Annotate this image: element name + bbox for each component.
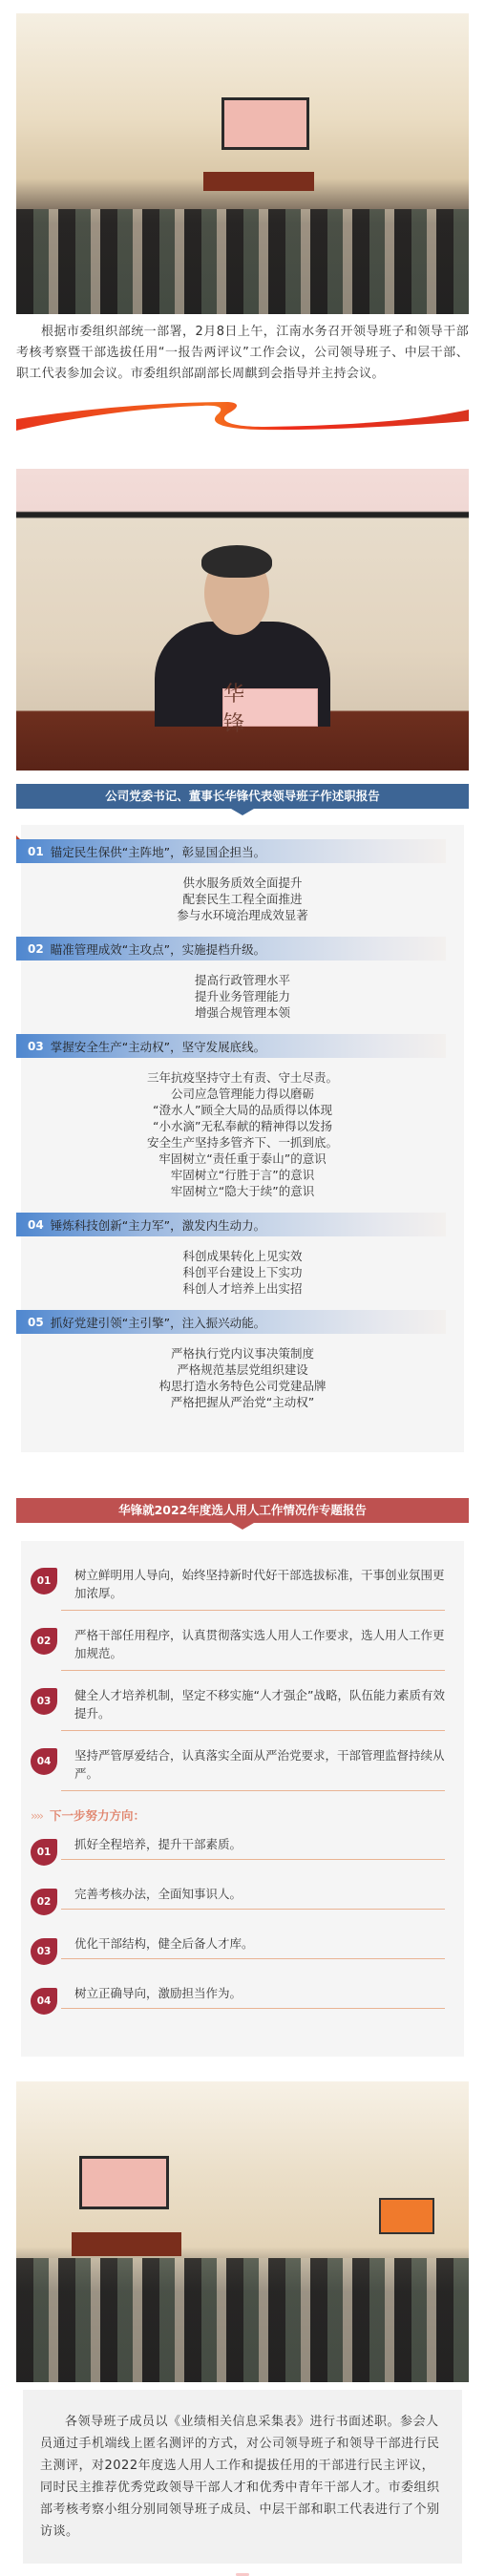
topic-line: 严格把握从严治党“主动权” bbox=[21, 1394, 464, 1410]
chevrons-icon: ›››› bbox=[31, 1808, 42, 1823]
topic-05: 05 抓好党建引领“主引擎”，注入振兴动能。 严格执行党内议事决策制度 严格规范… bbox=[21, 1310, 464, 1424]
topic-number: 04 bbox=[28, 1218, 44, 1232]
topic-line: 安全生产坚持多管齐下、一抓到底。 bbox=[21, 1134, 464, 1151]
topic-line: 提高行政管理水平 bbox=[21, 972, 464, 988]
topic-line: “小水滴”无私奉献的精神得以发扬 bbox=[21, 1118, 464, 1134]
topic-lines: 三年抗疫坚持守土有责、守土尽责。 公司应急管理能力得以磨砺 “澄水人”顾全大局的… bbox=[21, 1058, 464, 1213]
topic-lines: 严格执行党内议事决策制度 严格规范基层党组织建设 构思打造水务特色公司党建品牌 … bbox=[21, 1334, 464, 1424]
topic-number: 02 bbox=[28, 942, 44, 956]
topic-lines: 供水服务质效全面提升 配套民生工程全面推进 参与水环境治理成效显著 bbox=[21, 863, 464, 937]
item-text: 树立鲜明用人导向，始终坚持新时代好干部选拔标准，干事创业氛围更加浓厚。 bbox=[61, 1560, 445, 1611]
list-item: 01 树立鲜明用人导向，始终坚持新时代好干部选拔标准，干事创业氛围更加浓厚。 bbox=[21, 1552, 464, 1611]
topic-number: 05 bbox=[28, 1316, 44, 1329]
next-steps-title: 下一步努力方向： bbox=[50, 1806, 145, 1824]
topic-title: 锚定民生保供“主阵地”，彰显国企担当。 bbox=[51, 843, 265, 860]
next-steps-heading: ›››› 下一步努力方向： bbox=[31, 1806, 464, 1824]
item-text: 健全人才培养机制，坚定不移实施“人才强企”战略，队伍能力素质有效提升。 bbox=[61, 1680, 445, 1731]
topic-title: 抓好党建引领“主引擎”，注入振兴动能。 bbox=[51, 1314, 265, 1331]
list-item: 04 坚持严管厚爱结合，认真落实全面从严治党要求，干部管理监督持续从严。 bbox=[21, 1733, 464, 1791]
number-badge: 01 bbox=[31, 1568, 57, 1594]
corner-accent-icon bbox=[16, 835, 20, 839]
topic-line: 构思打造水务特色公司党建品牌 bbox=[21, 1378, 464, 1394]
section-header-personnel-report: 华锋就2022年度选人用人工作情况作专题报告 bbox=[16, 1498, 469, 1523]
number-badge: 03 bbox=[31, 1688, 57, 1715]
intro-paragraph: 根据市委组织部统一部署，2月8日上午，江南水务召开领导班子和领导干部考核考察暨干… bbox=[16, 322, 469, 385]
personnel-report-panel: 01 树立鲜明用人导向，始终坚持新时代好干部选拔标准，干事创业氛围更加浓厚。 0… bbox=[21, 1541, 464, 2057]
topic-line: 公司应急管理能力得以磨砺 bbox=[21, 1086, 464, 1102]
nameplate: 华 锋 bbox=[222, 688, 318, 727]
topic-03: 03 掌握安全生产“主动权”，坚守发展底线。 三年抗疫坚持守土有责、守土尽责。 … bbox=[21, 1034, 464, 1213]
topic-bar: 02 瞄准管理成效“主攻点”，实施提档升级。 bbox=[16, 937, 446, 961]
topic-lines: 提高行政管理水平 提升业务管理能力 增强合规管理本领 bbox=[21, 961, 464, 1034]
speaker-photo: 华 锋 bbox=[16, 469, 469, 771]
list-item: 02 完善考核办法，全面知事识人。 bbox=[21, 1879, 464, 1915]
number-badge: 03 bbox=[31, 1938, 57, 1965]
topic-title: 锤炼科技创新“主力军”，激发内生动力。 bbox=[51, 1216, 265, 1234]
topic-lines: 科创成果转化上见实效 科创平台建设上下实功 科创人才培养上出实招 bbox=[21, 1236, 464, 1310]
topic-title: 瞄准管理成效“主攻点”，实施提档升级。 bbox=[51, 940, 265, 958]
topic-line: 科创人才培养上出实招 bbox=[21, 1280, 464, 1297]
topic-line: 严格规范基层党组织建设 bbox=[21, 1362, 464, 1378]
side-display bbox=[379, 2198, 434, 2234]
meeting-hall-audience-photo bbox=[16, 2081, 469, 2382]
outro-paragraph: 各领导班子成员以《业绩相关信息采集表》进行书面述职。参会人员通过手机端线上匿名测… bbox=[23, 2390, 462, 2564]
red-swoosh-divider bbox=[16, 394, 469, 436]
topic-line: 配套民生工程全面推进 bbox=[21, 891, 464, 907]
topic-line: 参与水环境治理成效显著 bbox=[21, 907, 464, 923]
item-text: 严格干部任用程序，认真贯彻落实选人用人工作要求，选人用人工作更加规范。 bbox=[61, 1620, 445, 1671]
spacer bbox=[16, 1452, 469, 1485]
topic-line: “澄水人”顾全大局的品质得以体现 bbox=[21, 1102, 464, 1118]
article: 根据市委组织部统一部署，2月8日上午，江南水务召开领导班子和领导干部考核考察暨干… bbox=[0, 13, 485, 2576]
topic-line: 供水服务质效全面提升 bbox=[21, 875, 464, 891]
topic-01: 01 锚定民生保供“主阵地”，彰显国企担当。 供水服务质效全面提升 配套民生工程… bbox=[21, 839, 464, 937]
item-text: 完善考核办法，全面知事识人。 bbox=[61, 1885, 445, 1910]
number-badge: 02 bbox=[31, 1889, 57, 1915]
topic-number: 03 bbox=[28, 1040, 44, 1053]
item-text: 抓好全程培养，提升干部素质。 bbox=[61, 1835, 445, 1860]
number-badge: 04 bbox=[31, 1748, 57, 1775]
list-item: 03 优化干部结构，健全后备人才库。 bbox=[21, 1929, 464, 1965]
item-text: 优化干部结构，健全后备人才库。 bbox=[61, 1934, 445, 1959]
audience bbox=[16, 2258, 469, 2382]
list-item: 04 树立正确导向，激励担当作为。 bbox=[21, 1978, 464, 2015]
topic-bar: 01 锚定民生保供“主阵地”，彰显国企担当。 bbox=[16, 839, 446, 863]
meeting-hall-photo bbox=[16, 13, 469, 314]
topic-bar: 05 抓好党建引领“主引擎”，注入振兴动能。 bbox=[16, 1310, 446, 1334]
topic-line: 提升业务管理能力 bbox=[21, 988, 464, 1004]
topic-02: 02 瞄准管理成效“主攻点”，实施提档升级。 提高行政管理水平 提升业务管理能力… bbox=[21, 937, 464, 1034]
topic-line: 增强合规管理本领 bbox=[21, 1004, 464, 1021]
topic-04: 04 锤炼科技创新“主力军”，激发内生动力。 科创成果转化上见实效 科创平台建设… bbox=[21, 1213, 464, 1310]
topic-line: 牢固树立“行胜于言”的意识 bbox=[21, 1167, 464, 1183]
audience bbox=[16, 209, 469, 314]
topic-bar: 04 锤炼科技创新“主力军”，激发内生动力。 bbox=[16, 1213, 446, 1236]
next-steps-list: 01 抓好全程培养，提升干部素质。 02 完善考核办法，全面知事识人。 03 优… bbox=[21, 1829, 464, 2015]
topic-number: 01 bbox=[28, 845, 44, 858]
topic-line: 科创成果转化上见实效 bbox=[21, 1248, 464, 1264]
podium-desk bbox=[72, 2232, 181, 2256]
list-item: 01 抓好全程培养，提升干部素质。 bbox=[21, 1829, 464, 1866]
section-header-work-report: 公司党委书记、董事长华锋代表领导班子作述职报告 bbox=[16, 784, 469, 809]
list-item: 03 健全人才培养机制，坚定不移实施“人才强企”战略，队伍能力素质有效提升。 bbox=[21, 1673, 464, 1731]
projection-screen bbox=[79, 2156, 169, 2209]
topic-line: 科创平台建设上下实功 bbox=[21, 1264, 464, 1280]
topic-line: 严格执行党内议事决策制度 bbox=[21, 1345, 464, 1362]
achievement-list: 01 树立鲜明用人导向，始终坚持新时代好干部选拔标准，干事创业氛围更加浓厚。 0… bbox=[21, 1552, 464, 1791]
projection-screen bbox=[221, 97, 309, 150]
number-badge: 01 bbox=[31, 1839, 57, 1866]
speaker-hair bbox=[201, 545, 272, 578]
topic-line: 三年抗疫坚持守土有责、守土尽责。 bbox=[21, 1069, 464, 1086]
podium-desk bbox=[203, 172, 314, 191]
item-text: 树立正确导向，激励担当作为。 bbox=[61, 1984, 445, 2009]
number-badge: 02 bbox=[31, 1628, 57, 1655]
topic-line: 牢固树立“隐大于续”的意识 bbox=[21, 1183, 464, 1199]
topic-title: 掌握安全生产“主动权”，坚守发展底线。 bbox=[51, 1038, 265, 1055]
list-item: 02 严格干部任用程序，认真贯彻落实选人用人工作要求，选人用人工作更加规范。 bbox=[21, 1613, 464, 1671]
item-text: 坚持严管厚爱结合，认真落实全面从严治党要求，干部管理监督持续从严。 bbox=[61, 1741, 445, 1791]
topic-line: 牢固树立“责任重于泰山”的意识 bbox=[21, 1151, 464, 1167]
topic-bar: 03 掌握安全生产“主动权”，坚守发展底线。 bbox=[16, 1034, 446, 1058]
work-report-panel: 01 锚定民生保供“主阵地”，彰显国企担当。 供水服务质效全面提升 配套民生工程… bbox=[21, 825, 464, 1452]
number-badge: 04 bbox=[31, 1988, 57, 2015]
